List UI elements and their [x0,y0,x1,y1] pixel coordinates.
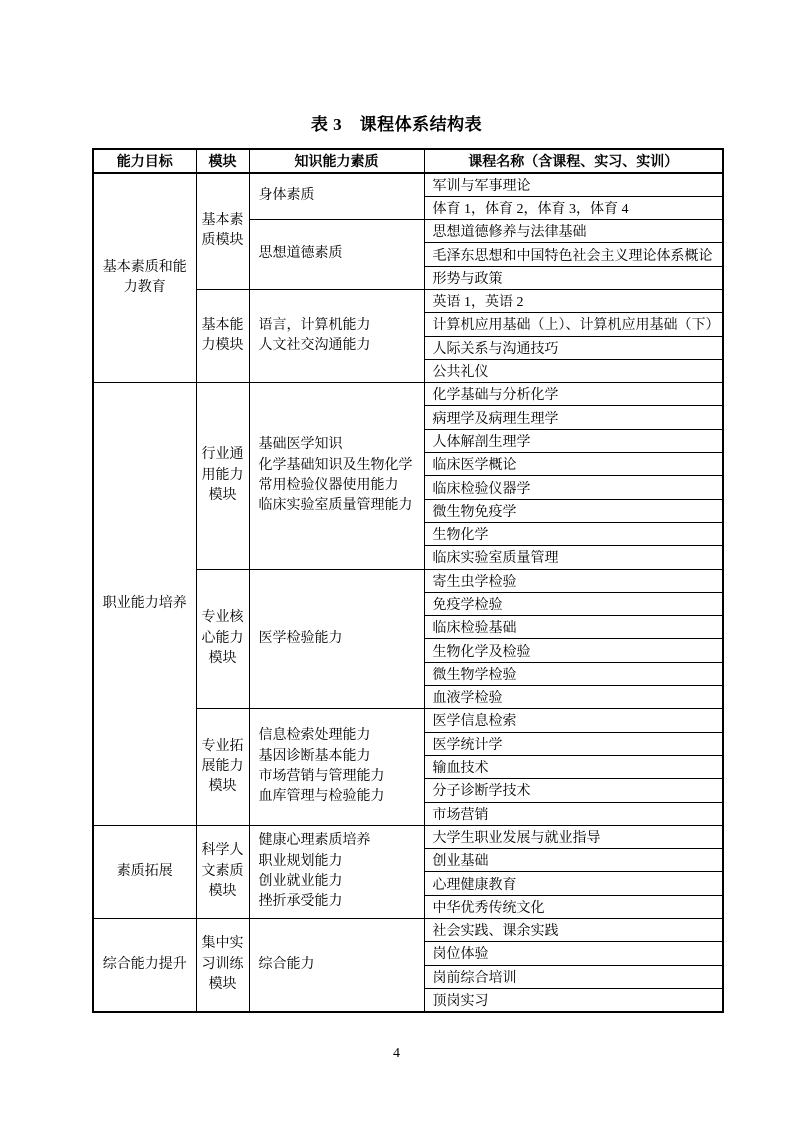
quality-cell: 思想道德素质 [249,220,424,290]
course-cell: 创业基础 [424,849,723,872]
column-header: 能力目标 [93,149,196,173]
course-table-body: 基本素质和能力教育基本素质模块身体素质军训与军事理论体育 1，体育 2，体育 3… [93,173,723,1012]
course-cell: 寄生虫学检验 [424,569,723,592]
course-cell: 分子诊断学技术 [424,779,723,802]
course-cell: 生物化学及检验 [424,639,723,662]
course-cell: 岗前综合培训 [424,965,723,988]
course-cell: 市场营销 [424,802,723,825]
quality-cell: 信息检索处理能力 基因诊断基本能力 市场营销与管理能力 血库管理与检验能力 [249,709,424,825]
course-cell: 顶岗实习 [424,988,723,1011]
course-cell: 微生物学检验 [424,662,723,685]
module-cell: 行业通用能力模块 [196,383,249,569]
course-cell: 军训与军事理论 [424,173,723,196]
course-cell: 公共礼仪 [424,359,723,382]
quality-cell: 身体素质 [249,173,424,220]
course-cell: 社会实践、课余实践 [424,919,723,942]
goal-cell: 基本素质和能力教育 [93,173,196,383]
course-cell: 病理学及病理生理学 [424,406,723,429]
quality-cell: 基础医学知识 化学基础知识及生物化学 常用检验仪器使用能力 临床实验室质量管理能… [249,383,424,569]
course-table-head-row: 能力目标模块知识能力素质课程名称（含课程、实习、实训） [93,149,723,173]
module-cell: 基本能力模块 [196,289,249,382]
course-table: 能力目标模块知识能力素质课程名称（含课程、实习、实训） 基本素质和能力教育基本素… [92,148,724,1013]
course-cell: 计算机应用基础（上）、计算机应用基础（下） [424,313,723,336]
course-cell: 岗位体验 [424,942,723,965]
course-cell: 临床检验仪器学 [424,476,723,499]
module-cell: 专业拓展能力模块 [196,709,249,825]
table-row: 综合能力提升集中实习训练模块综合能力社会实践、课余实践 [93,919,723,942]
course-cell: 体育 1，体育 2，体育 3，体育 4 [424,196,723,219]
table-row: 基本素质和能力教育基本素质模块身体素质军训与军事理论 [93,173,723,196]
course-cell: 临床医学概论 [424,453,723,476]
quality-cell: 健康心理素质培养 职业规划能力 创业就业能力 挫折承受能力 [249,825,424,918]
table-title: 表 3 课程体系结构表 [0,110,793,135]
column-header: 知识能力素质 [249,149,424,173]
quality-cell: 语言，计算机能力 人文社交沟通能力 [249,289,424,382]
quality-cell: 医学检验能力 [249,569,424,709]
module-cell: 集中实习训练模块 [196,919,249,1012]
course-cell: 毛泽东思想和中国特色社会主义理论体系概论 [424,243,723,266]
course-cell: 形势与政策 [424,266,723,289]
course-cell: 医学信息检索 [424,709,723,732]
course-cell: 微生物免疫学 [424,499,723,522]
goal-cell: 综合能力提升 [93,919,196,1012]
course-cell: 大学生职业发展与就业指导 [424,825,723,848]
course-cell: 输血技术 [424,755,723,778]
document-page: 表 3 课程体系结构表 能力目标模块知识能力素质课程名称（含课程、实习、实训） … [0,0,793,1122]
column-header: 课程名称（含课程、实习、实训） [424,149,723,173]
course-cell: 临床检验基础 [424,616,723,639]
table-row: 职业能力培养行业通用能力模块基础医学知识 化学基础知识及生物化学 常用检验仪器使… [93,383,723,406]
module-cell: 基本素质模块 [196,173,249,289]
quality-cell: 综合能力 [249,919,424,1012]
course-cell: 英语 1，英语 2 [424,289,723,312]
course-cell: 心理健康教育 [424,872,723,895]
goal-cell: 素质拓展 [93,825,196,918]
course-cell: 生物化学 [424,522,723,545]
page-number: 4 [0,1046,793,1062]
course-cell: 免疫学检验 [424,592,723,615]
course-cell: 中华优秀传统文化 [424,895,723,918]
module-cell: 科学人文素质模块 [196,825,249,918]
course-cell: 血液学检验 [424,686,723,709]
course-cell: 思想道德修养与法律基础 [424,220,723,243]
course-cell: 医学统计学 [424,732,723,755]
module-cell: 专业核心能力模块 [196,569,249,709]
course-cell: 临床实验室质量管理 [424,546,723,569]
table-row: 素质拓展科学人文素质模块健康心理素质培养 职业规划能力 创业就业能力 挫折承受能… [93,825,723,848]
goal-cell: 职业能力培养 [93,383,196,826]
course-cell: 人体解剖生理学 [424,429,723,452]
course-cell: 人际关系与沟通技巧 [424,336,723,359]
column-header: 模块 [196,149,249,173]
course-cell: 化学基础与分析化学 [424,383,723,406]
